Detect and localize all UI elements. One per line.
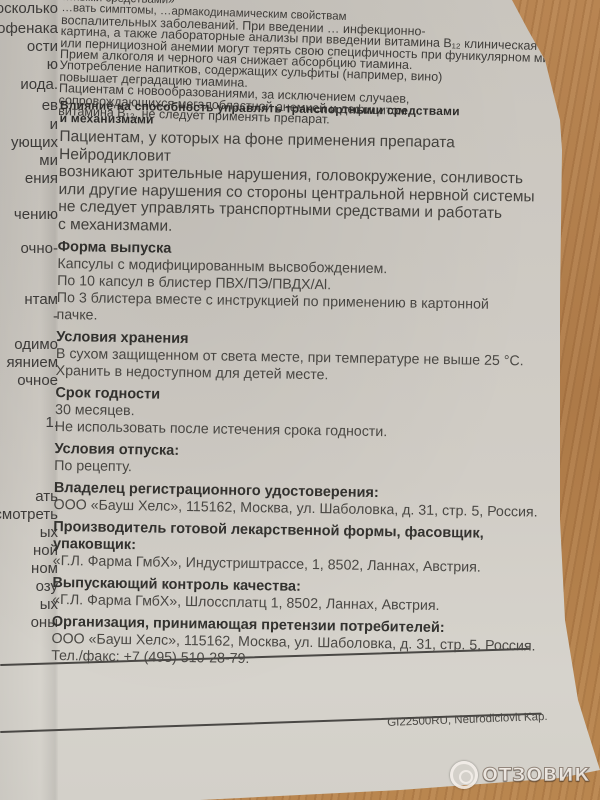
left-column-fragment: ю (47, 56, 58, 74)
left-column-fragment: чению (14, 206, 58, 224)
left-column-fragment: яянием (6, 354, 58, 372)
left-column-fragment: нтам (24, 291, 58, 309)
left-column-fragment: ения (25, 170, 58, 188)
leaflet-paper: оскольколофенакаостиюиода.евиующихмиения… (0, 0, 600, 800)
leaflet-section: Форма выпускаКапсулы с модифицированным … (56, 239, 537, 332)
left-column-fragment: иода. (20, 76, 58, 94)
driving-section: Влияние на способность управлять транспо… (58, 99, 540, 241)
left-column-fragment: смотреть (0, 506, 58, 524)
leaflet-section: Срок годности30 месяцев.Не использовать … (55, 385, 536, 444)
otzovik-logo-icon (450, 761, 478, 789)
left-column-fragment: ующих (11, 134, 58, 152)
leaflet-section: Организация, принимающая претензии потре… (51, 614, 532, 673)
left-column-fragment: осколько (0, 0, 58, 18)
left-column-fragment: и (50, 116, 58, 134)
leaflet-section: Выпускающий контроль качества:«Г.Л. Фарм… (52, 575, 532, 617)
left-column-fragment: очное (17, 372, 58, 390)
leaflet-sections: Форма выпускаКапсулы с модифицированным … (51, 239, 538, 672)
leaflet-section: Производитель готовой лекарственной форм… (53, 519, 534, 578)
left-column-fragment: лофенака (0, 20, 58, 38)
left-column-clipped-text: оскольколофенакаостиюиода.евиующихмиения… (0, 0, 60, 800)
otzovik-watermark: ОТЗОВИК (450, 760, 590, 790)
leaflet-section: Владелец регистрационного удостоверения:… (53, 480, 533, 522)
leaflet-code: GI22500RU, Neurodiclovit Kap. (387, 711, 548, 729)
leaflet-section: Условия храненияВ сухом защищенном от св… (56, 329, 537, 388)
left-column-fragment: очно- (21, 240, 58, 258)
left-column-fragment: ев (42, 97, 58, 115)
left-column-fragment: одимо (14, 336, 58, 354)
left-column-fragment: ми (39, 152, 58, 170)
driving-section-paragraph: Пациентам, у которых на фоне применения … (58, 128, 540, 241)
left-column-fragment: ости (27, 38, 58, 56)
leaflet-main-content: Влияние на способность управлять транспо… (51, 99, 540, 672)
leaflet-section: Условия отпуска:По рецепту. (54, 441, 534, 483)
watermark-text: ОТЗОВИК (482, 764, 590, 786)
